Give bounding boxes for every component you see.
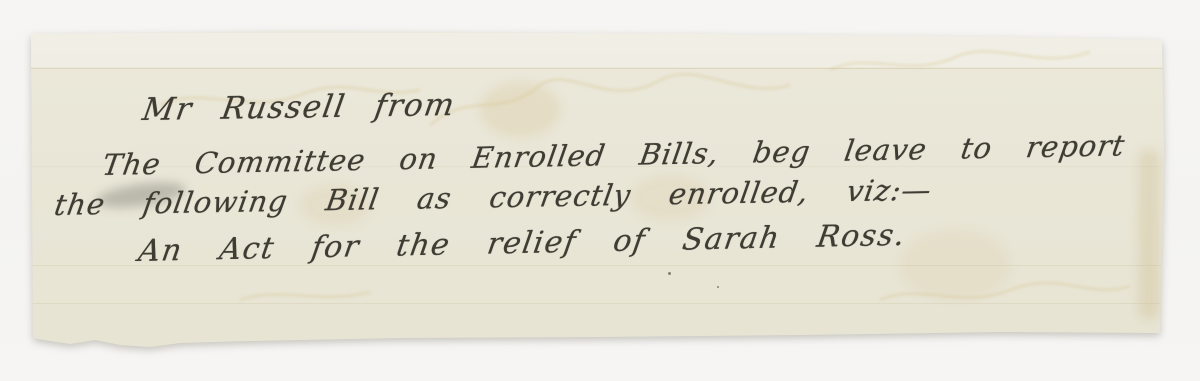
scan-background: Mr Russell from The Committee on Enrolle…	[0, 0, 1200, 381]
paper-shadow: Mr Russell from The Committee on Enrolle…	[0, 0, 1200, 381]
ink-speck	[668, 272, 671, 275]
paper-stain	[480, 82, 560, 137]
paper-slip: Mr Russell from The Committee on Enrolle…	[0, 0, 1200, 381]
paper-stain	[900, 230, 1010, 300]
ink-speck	[717, 286, 719, 288]
handwriting-line-1: Mr Russell from	[140, 87, 458, 128]
paper-edge-stain	[1138, 150, 1160, 320]
